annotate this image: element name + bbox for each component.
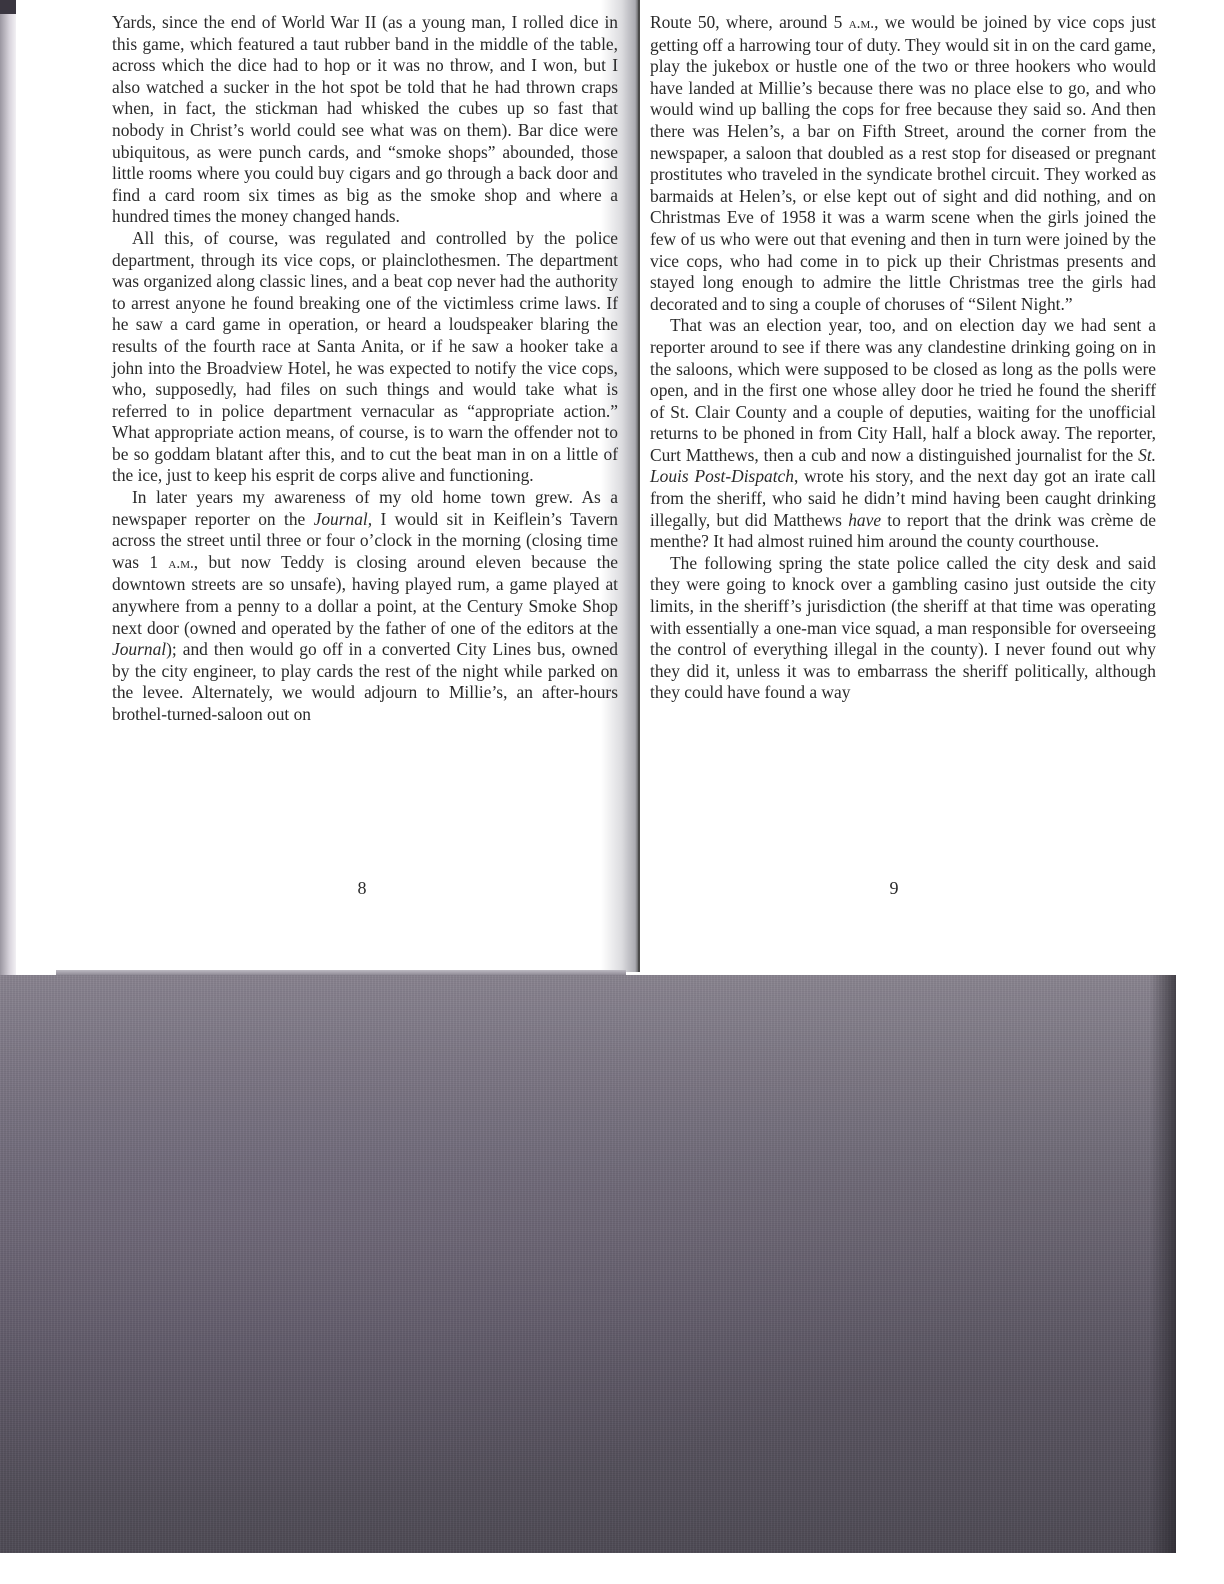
text-segment: That was an election year, too, and on e… [650, 315, 1156, 465]
scanner-corner-mark [0, 0, 16, 14]
page-number-right: 9 [874, 878, 914, 899]
page-number-left: 8 [342, 878, 382, 899]
text-segment: , we would be joined by vice cops just g… [650, 12, 1156, 314]
text-segment: Yards, since the end of World War II (as… [112, 12, 618, 226]
text-segment: All this, of course, was regulated and c… [112, 228, 618, 486]
text-segment: a.m. [168, 555, 193, 572]
left-paragraph-1: Yards, since the end of World War II (as… [112, 12, 618, 228]
right-paragraph-1: Route 50, where, around 5 a.m., we would… [650, 12, 1156, 315]
right-paragraph-2: That was an election year, too, and on e… [650, 315, 1156, 553]
gutter-fold [638, 0, 640, 972]
text-segment: a.m. [849, 15, 874, 32]
scanner-left-edge [0, 0, 16, 975]
left-paragraph-2: All this, of course, was regulated and c… [112, 228, 618, 487]
text-segment: have [848, 510, 881, 530]
left-paragraph-3: In later years my awareness of my old ho… [112, 487, 618, 726]
text-segment: Journal [112, 639, 166, 659]
text-segment: Route 50, where, around 5 [650, 12, 849, 32]
scanner-bed-edge [1150, 975, 1176, 1553]
text-segment: ); and then would go off in a converted … [112, 639, 618, 724]
right-paragraph-3: The following spring the state police ca… [650, 553, 1156, 704]
text-segment: Journal, [314, 509, 372, 529]
left-page-text: Yards, since the end of World War II (as… [112, 12, 618, 726]
scanned-book-spread: Yards, since the end of World War II (as… [0, 0, 1224, 1584]
text-segment: The following spring the state police ca… [650, 553, 1156, 703]
right-page-text: Route 50, where, around 5 a.m., we would… [650, 12, 1156, 704]
scan-noise [0, 975, 1176, 1553]
